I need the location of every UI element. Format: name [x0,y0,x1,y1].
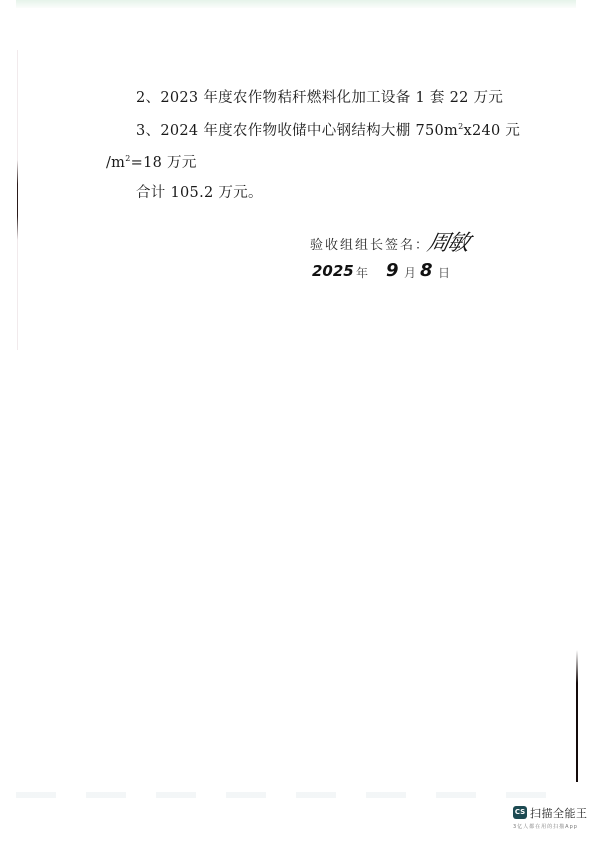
line-text-suffix: =18 万元 [131,155,197,171]
line-text: 2、2023 年度农作物秸秆燃料化加工设备 1 套 22 万元 [136,90,503,106]
line-text: 合计 105.2 万元。 [136,185,263,201]
date-year: 2025 [312,262,354,280]
date-year-char: 年 [356,264,368,281]
date-day-char: 日 [438,264,450,281]
line-text-suffix: x240 元 [463,123,520,139]
watermark-name: 扫描全能王 [530,805,588,821]
line-text: /m [106,155,125,171]
date-month: 9 [386,260,399,281]
item-3-line: 3、2024 年度农作物收储中心钢结构大棚 750m2x240 元 [136,119,520,140]
watermark-subtitle: 3亿人都在用的扫描App [513,823,578,830]
scan-left-edge [17,160,18,240]
scan-right-edge [576,650,578,782]
handwritten-signature: 周敏 [425,226,472,257]
date-day: 8 [420,260,433,281]
item-2-line: 2、2023 年度农作物秸秆燃料化加工设备 1 套 22 万元 [136,86,503,107]
scan-top-edge [16,0,576,8]
scan-bottom-edge [16,792,576,798]
date-month-char: 月 [404,264,416,281]
item-3-continuation-line: /m2=18 万元 [106,151,197,172]
line-text: 3、2024 年度农作物收储中心钢结构大棚 750m [136,123,458,139]
total-line: 合计 105.2 万元。 [136,181,263,202]
signature-label: 验收组组长签名： [310,234,430,253]
camscanner-logo-icon: CS [513,806,527,819]
